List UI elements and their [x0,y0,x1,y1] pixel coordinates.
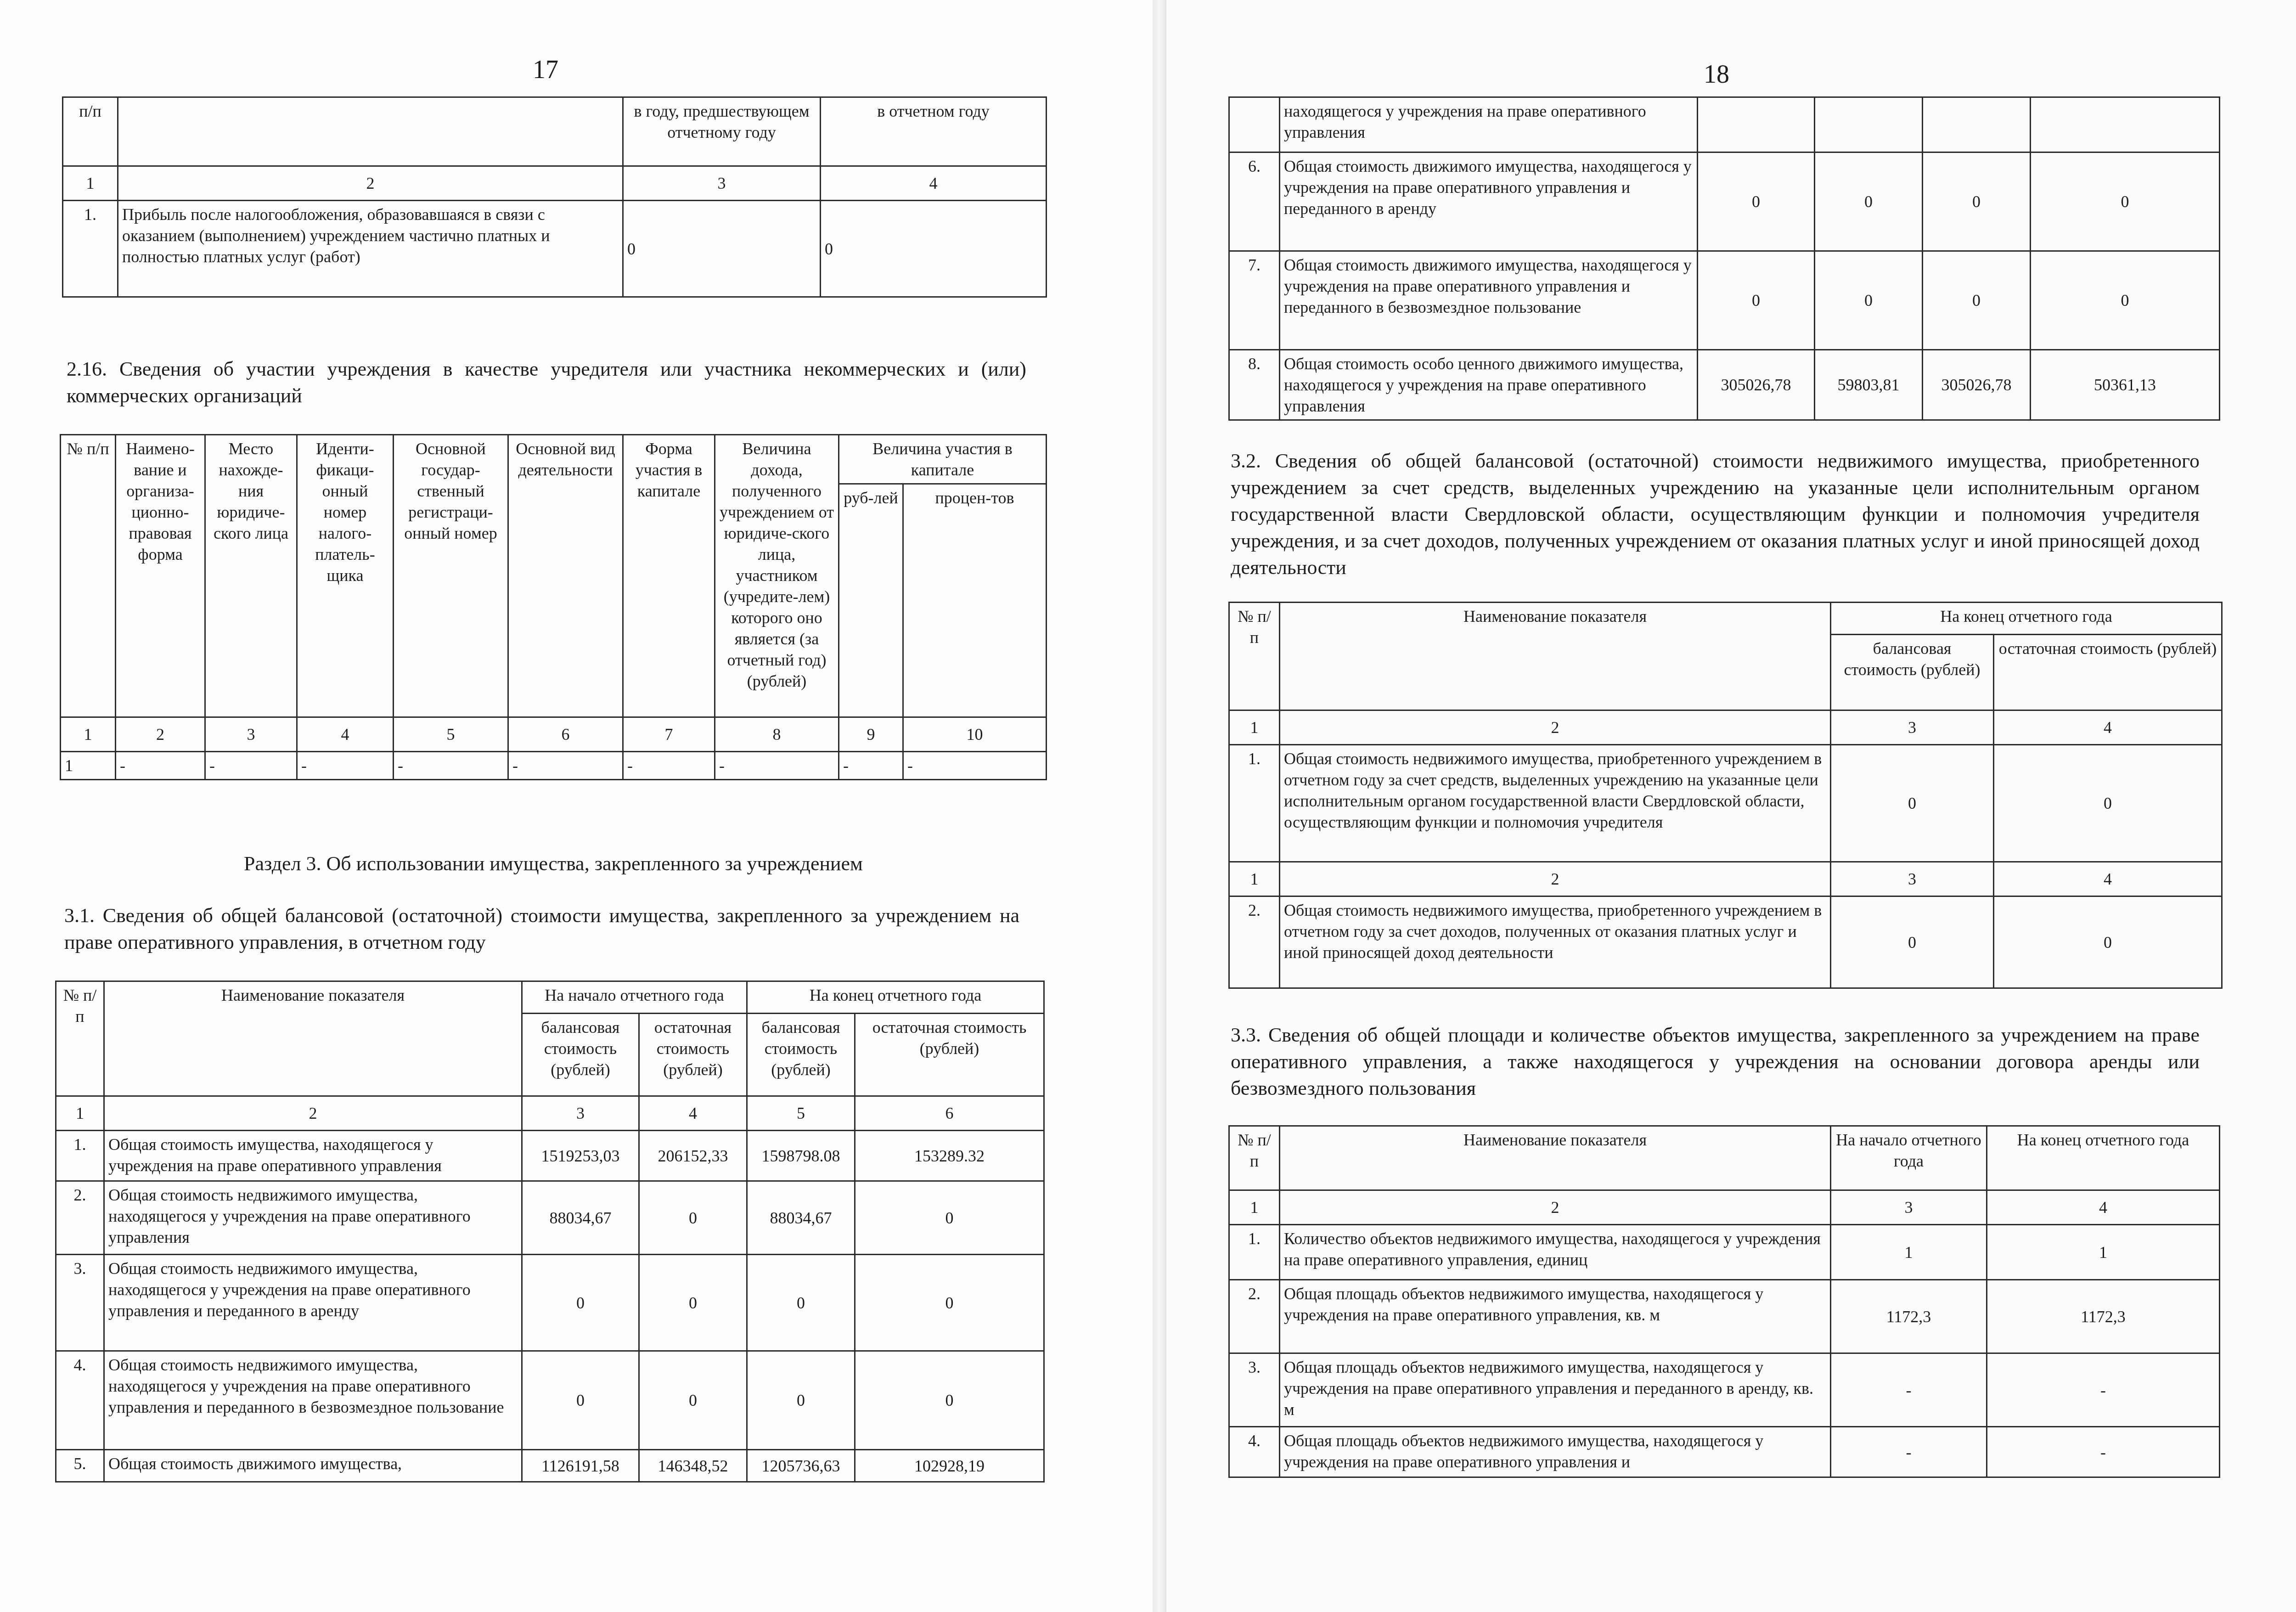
indicator-name: Общая стоимость недвижимого имущества, н… [104,1351,522,1450]
indicator-name: Общая площадь объектов недвижимого имуще… [1280,1427,1831,1477]
indicator-name: Общая стоимость движимого имущества, нах… [1280,152,1698,251]
index-row: 1234 [1229,710,2222,745]
value-cell: 1205736,63 [747,1450,855,1482]
col-header [118,97,623,166]
row-number: 4. [56,1351,104,1450]
value-cell: 102928,19 [855,1450,1044,1482]
row-number: 1. [1229,745,1280,862]
row-number: 3. [56,1255,104,1351]
indicator-name: Общая стоимость недвижимого имущества, п… [1280,896,1831,988]
value-cell: 1 [1987,1225,2220,1280]
table-row: 2.Общая стоимость недвижимого имущества,… [56,1181,1044,1255]
value-cell [1698,97,1815,152]
page-gutter [1153,0,1166,1612]
section-3-title: Раздел 3. Об использовании имущества, за… [60,852,1047,875]
row-number: 2. [56,1181,104,1255]
value-cell: 0 [639,1181,747,1255]
property-value-table: № п/п Наименование показателя На начало … [55,981,1045,1482]
indicator-name: Общая площадь объектов недвижимого имуще… [1280,1353,1831,1427]
value-cell: - [1831,1353,1987,1427]
row-number: 2. [1229,1280,1280,1353]
indicator-name: Общая стоимость движимого имущества, нах… [1280,251,1698,350]
value-cell: 1172,3 [1987,1280,2220,1353]
col-header: в отчетном году [821,97,1047,166]
indicator-name: Общая стоимость недвижимого имущества, п… [1280,745,1831,862]
value-cell: 0 [855,1255,1044,1351]
row-number: 1. [56,1131,104,1181]
index-row: 1 2 3 4 5 6 7 8 9 10 [61,717,1047,752]
table-row: 6.Общая стоимость движимого имущества, н… [1229,152,2220,251]
value-cell: 0 [747,1255,855,1351]
value-cell: 0 [1923,251,2031,350]
value-cell: 0 [1815,152,1923,251]
value-cell: 0 [855,1351,1044,1450]
page-17: 17 п/п в году, предшествующем отчетному … [0,0,1153,1612]
value-cell: 305026,78 [1698,350,1815,420]
row-number: 2. [1229,896,1280,988]
value-cell: 88034,67 [747,1181,855,1255]
value-cell: 0 [1994,896,2222,988]
row-number: 4. [1229,1427,1280,1477]
index-row: 1 2 3 4 [63,166,1047,201]
section-3-1-title: 3.1. Сведения об общей балансовой (остат… [64,902,1019,956]
row-number: 8. [1229,350,1280,420]
value-cell: 50361,13 [2031,350,2220,420]
value-cell [1923,97,2031,152]
indicator-name: Общая площадь объектов недвижимого имуще… [1280,1280,1831,1353]
value-cell: 0 [522,1255,639,1351]
table-row: 1.Общая стоимость имущества, находящегос… [56,1131,1044,1181]
value-cell: 1598798.08 [747,1131,855,1181]
value-cell: 88034,67 [522,1181,639,1255]
value-cell: 0 [1831,745,1994,862]
value-cell: - [1987,1353,2220,1427]
indicator-name: Общая стоимость недвижимого имущества, н… [104,1181,522,1255]
row-number: 6. [1229,152,1280,251]
page-number: 18 [1704,60,1729,89]
indicator-name: Общая стоимость движимого имущества, [104,1450,522,1482]
value-cell: - [1987,1427,2220,1477]
value-cell: 0 [639,1255,747,1351]
value-cell: 59803,81 [1815,350,1923,420]
value-cell: 0 [2031,251,2220,350]
section-3-3-title: 3.3. Сведения об общей площади и количес… [1231,1022,2200,1102]
value-cell: 146348,52 [639,1450,747,1482]
value-cell: 1519253,03 [522,1131,639,1181]
table-row: 4.Общая стоимость недвижимого имущества,… [56,1351,1044,1450]
participation-table: № п/п Наимено-вание и организа-ционно-пр… [60,434,1047,780]
value-cell: 0 [1923,152,2031,251]
value-cell: 206152,33 [639,1131,747,1181]
col-header: в году, предшествующем отчетному году [623,97,821,166]
table-row: 1 - - - - - - - - - [61,752,1047,780]
value-cell: - [1831,1427,1987,1477]
index-row: 1234 [1229,862,2222,896]
value-cell: 0 [639,1351,747,1450]
value-cell: 0 [1994,745,2222,862]
value-cell: 1172,3 [1831,1280,1987,1353]
page-number: 17 [533,55,558,85]
table-row: 2.Общая площадь объектов недвижимого иму… [1229,1280,2220,1353]
section-3-2-title: 3.2. Сведения об общей балансовой (остат… [1231,448,2200,581]
table-row: 1.Количество объектов недвижимого имущес… [1229,1225,2220,1280]
value-cell: 0 [1698,152,1815,251]
value-cell: 0 [2031,152,2220,251]
acquired-property-table: № п/п Наименование показателя На конец о… [1228,602,2223,989]
value-cell: 1 [1831,1225,1987,1280]
indicator-name: Количество объектов недвижимого имуществ… [1280,1225,1831,1280]
row-number: 1. [1229,1225,1280,1280]
index-row: 1 2 3 4 5 6 [56,1096,1044,1131]
value-cell: 0 [1831,896,1994,988]
indicator-name: Общая стоимость недвижимого имущества, н… [104,1255,522,1351]
value-cell [2031,97,2220,152]
value-cell: 1126191,58 [522,1450,639,1482]
table-row: 5.Общая стоимость движимого имущества,11… [56,1450,1044,1482]
row-number [1229,97,1280,152]
index-row: 1 2 3 4 [1229,1190,2220,1225]
value-cell: 0 [522,1351,639,1450]
value-cell: 0 [1698,251,1815,350]
table-row: 2.Общая стоимость недвижимого имущества,… [1229,896,2222,988]
value-cell: 305026,78 [1923,350,2031,420]
area-objects-table: № п/п Наименование показателя На начало … [1228,1125,2220,1478]
table-row: 4.Общая площадь объектов недвижимого иму… [1229,1427,2220,1477]
col-header: п/п [63,97,118,166]
row-number: 7. [1229,251,1280,350]
table-row: 3.Общая стоимость недвижимого имущества,… [56,1255,1044,1351]
property-value-table-continued: находящегося у учреждения на праве опера… [1228,96,2220,421]
indicator-name: находящегося у учреждения на праве опера… [1280,97,1698,152]
table-row: 1. Прибыль после налогообложения, образо… [63,201,1047,297]
table-row: 3.Общая площадь объектов недвижимого иму… [1229,1353,2220,1427]
row-number: 3. [1229,1353,1280,1427]
table-row: 8.Общая стоимость особо ценного движимог… [1229,350,2220,420]
value-cell: 153289.32 [855,1131,1044,1181]
section-2-16-title: 2.16. Сведения об участии учреждения в к… [67,356,1026,409]
value-cell: 0 [1815,251,1923,350]
value-cell [1815,97,1923,152]
value-cell: 0 [855,1181,1044,1255]
row-number: 5. [56,1450,104,1482]
indicator-name: Общая стоимость особо ценного движимого … [1280,350,1698,420]
profit-table: п/п в году, предшествующем отчетному год… [62,96,1047,298]
table-row: находящегося у учреждения на праве опера… [1229,97,2220,152]
table-row: 1.Общая стоимость недвижимого имущества,… [1229,745,2222,862]
table-row: 7.Общая стоимость движимого имущества, н… [1229,251,2220,350]
page-18: 18 находящегося у учреждения на праве оп… [1166,0,2296,1612]
indicator-name: Общая стоимость имущества, находящегося … [104,1131,522,1181]
value-cell: 0 [747,1351,855,1450]
